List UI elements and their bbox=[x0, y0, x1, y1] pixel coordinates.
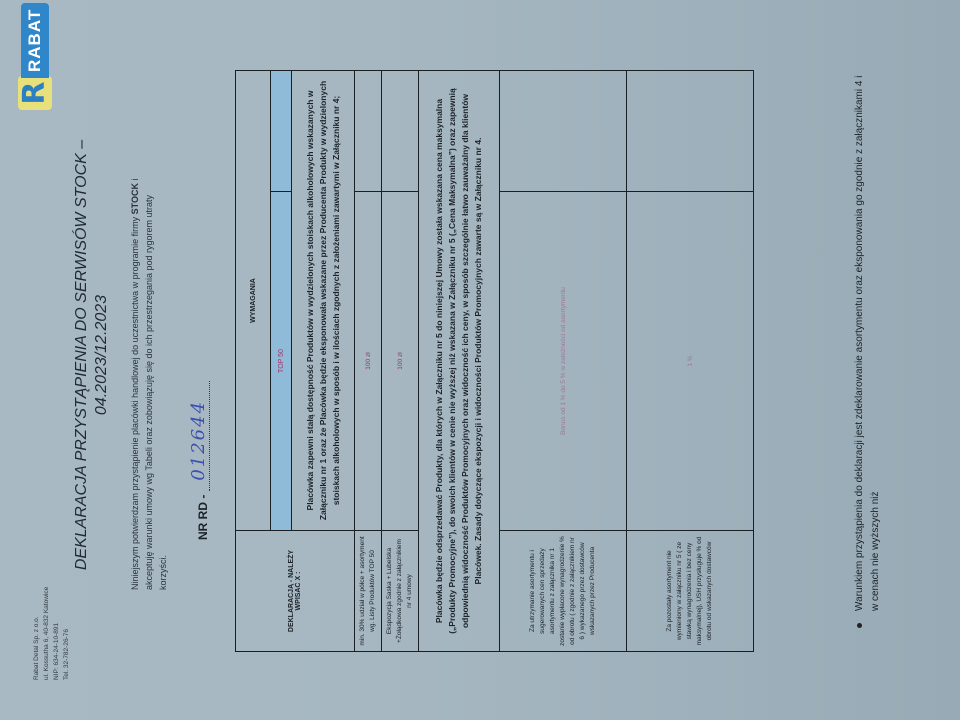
row-value-other-assortment: 1 % bbox=[627, 192, 754, 531]
row-value-top50-share: 100 zł bbox=[355, 192, 382, 531]
company-street: ul. Kossutha 6, 40-832 Katowice bbox=[42, 587, 52, 680]
footer-note-text: Warunkiem przystąpienia do deklaracji je… bbox=[852, 68, 884, 611]
logo-wordmark: RABAT bbox=[21, 3, 49, 78]
declaration-checkbox-assortment-bonus[interactable] bbox=[500, 71, 627, 192]
declaration-checkbox-top50[interactable] bbox=[355, 71, 382, 192]
nr-rd-field: NR RD - 012644 bbox=[195, 381, 210, 540]
bullet-icon bbox=[857, 623, 862, 628]
top50-label: TOP 50 bbox=[271, 192, 292, 531]
title-line-1: DEKLARACJA PRZYSTĄPIENIA DO SERWISÓW STO… bbox=[72, 120, 92, 590]
header-requirements: WYMAGANIA bbox=[236, 71, 271, 531]
rabat-logo: R RABAT bbox=[18, 3, 52, 110]
company-phone: Tel. 32-782-26-76 bbox=[62, 587, 72, 680]
declaration-table: DEKLARACJA - NALEŻY WPISAĆ X : WYMAGANIA… bbox=[235, 70, 754, 652]
nr-rd-label: NR RD - bbox=[196, 495, 210, 540]
row-label-assortment-bonus: Za utrzymanie asortymentu i sugerowanych… bbox=[500, 531, 627, 652]
row-value-assortment-bonus: Bonus od 1 % do 5 % w zależności od asor… bbox=[500, 192, 627, 531]
requirement-max-price: Placówka będzie odsprzedawać Produkty, d… bbox=[419, 71, 500, 652]
nr-rd-input[interactable]: 012644 bbox=[195, 381, 210, 491]
row-label-top50-share: min. 30% udział w półce + asortyment wg.… bbox=[355, 531, 382, 652]
row-label-other-assortment: Za pozostały asortyment nie wymieniony w… bbox=[627, 531, 754, 652]
requirement-availability: Placówka zapewni stałą dostępność Produk… bbox=[292, 71, 355, 531]
company-nip: NIP: 634-24-10-891 bbox=[52, 587, 62, 680]
declaration-checkbox-other-assortment[interactable] bbox=[627, 71, 754, 192]
header-declaration: DEKLARACJA - NALEŻY WPISAĆ X : bbox=[236, 531, 355, 652]
footer-condition-note: Warunkiem przystąpienia do deklaracji je… bbox=[852, 68, 884, 628]
top50-side-cell bbox=[271, 71, 292, 192]
intro-bold-stock: STOCK bbox=[130, 183, 140, 214]
declaration-checkbox-exposition[interactable] bbox=[382, 71, 419, 192]
title-line-2: 04.2023/12.2023 bbox=[92, 120, 112, 590]
logo-r-icon: R bbox=[18, 76, 52, 110]
nr-rd-handwritten-value: 012644 bbox=[188, 400, 209, 481]
intro-paragraph: Niniejszym potwierdzam przystąpienie pla… bbox=[128, 160, 170, 590]
company-name: Rabat Detal Sp. z o.o. bbox=[32, 587, 42, 680]
row-label-exposition: Ekspozycja Saska + Lubelska +Żołądkowa z… bbox=[382, 531, 419, 652]
row-value-exposition: 100 zł bbox=[382, 192, 419, 531]
company-address: Rabat Detal Sp. z o.o. ul. Kossutha 6, 4… bbox=[32, 587, 72, 680]
document-page: R RABAT Rabat Detal Sp. z o.o. ul. Kossu… bbox=[0, 0, 960, 720]
document-title: DEKLARACJA PRZYSTĄPIENIA DO SERWISÓW STO… bbox=[72, 120, 112, 590]
intro-text-1: Niniejszym potwierdzam przystąpienie pla… bbox=[130, 214, 140, 590]
